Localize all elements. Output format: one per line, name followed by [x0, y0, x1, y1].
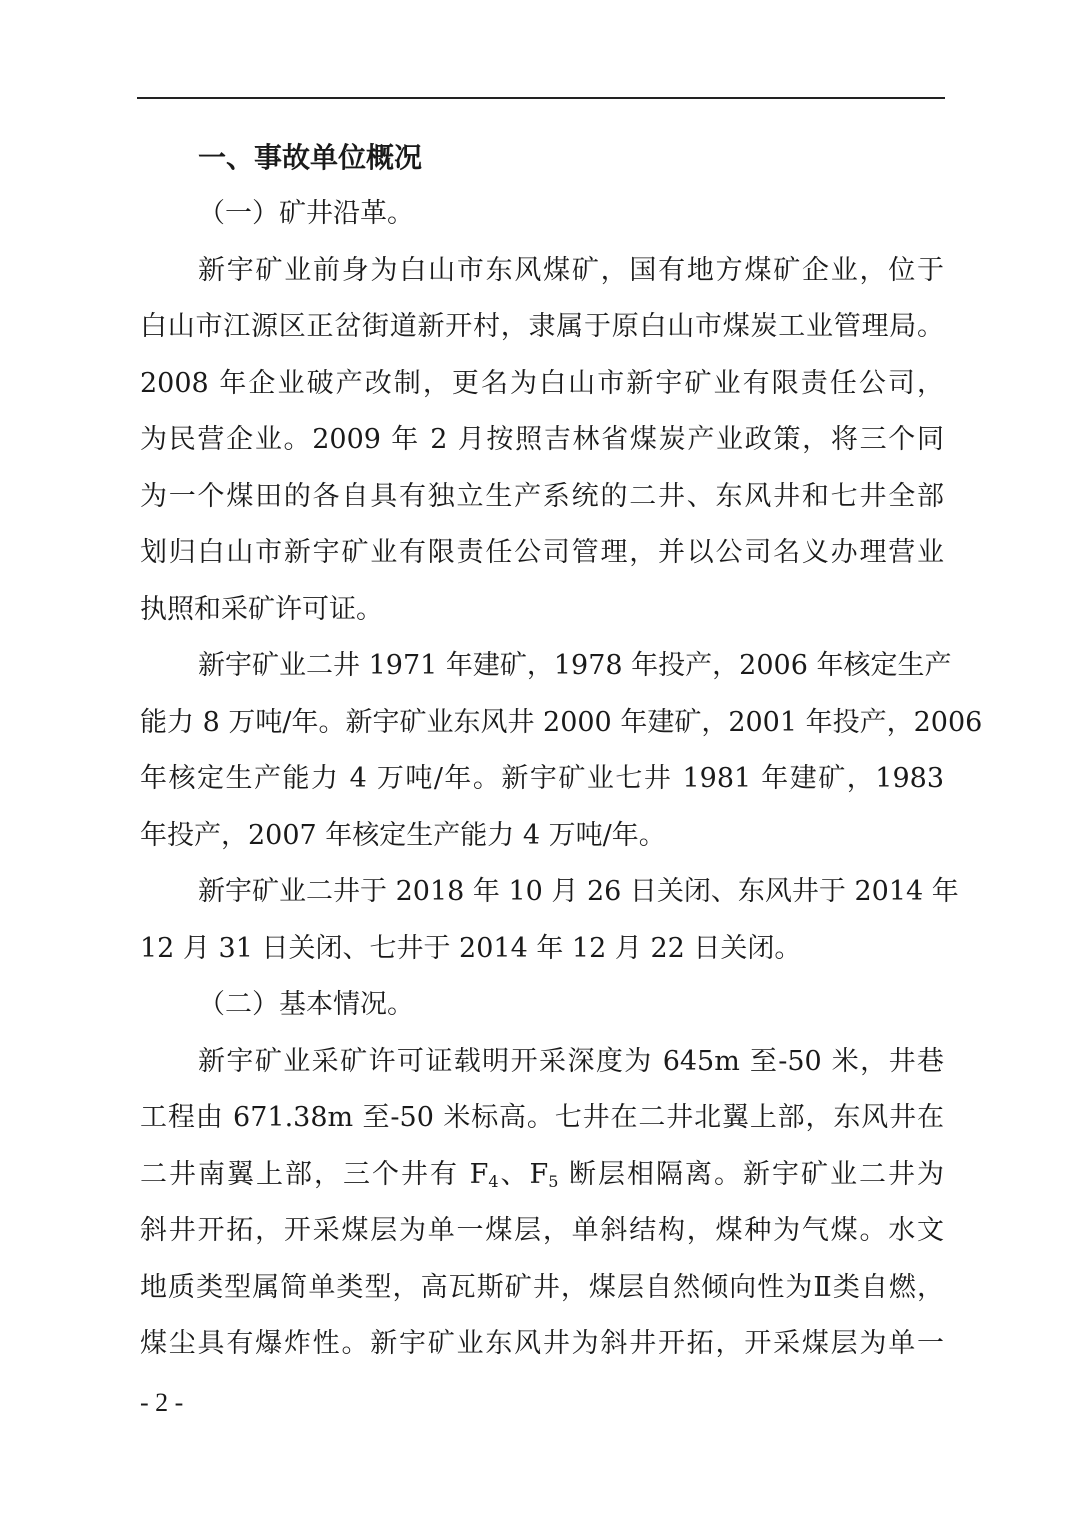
paragraph-line: 为一个煤田的各自具有独立生产系统的二井、东风井和七井全部 — [140, 479, 944, 515]
paragraph-line: 新宇矿业二井 1971 年建矿，1978 年投产，2006 年核定生产 — [198, 648, 944, 684]
paragraph-line: 年核定生产能力 4 万吨/年。新宇矿业七井 1981 年建矿，1983 — [140, 761, 944, 797]
fault-text-suffix: 断层相隔离。新宇矿业二井为 — [558, 1159, 944, 1190]
paragraph-line: 12 月 31 日关闭、七井于 2014 年 12 月 22 日关闭。 — [140, 931, 944, 967]
header-rule — [137, 97, 945, 99]
paragraph-line: 2008 年企业破产改制，更名为白山市新宇矿业有限责任公司， — [140, 366, 944, 402]
fault-text-prefix: 二井南翼上部，三个井有 F — [140, 1159, 488, 1190]
paragraph-line: 执照和采矿许可证。 — [140, 592, 944, 628]
paragraph-line: 为民营企业。2009 年 2 月按照吉林省煤炭产业政策，将三个同 — [140, 422, 944, 458]
paragraph-line: 划归白山市新宇矿业有限责任公司管理，并以公司名义办理营业 — [140, 535, 944, 571]
paragraph-line: 白山市江源区正岔街道新开村，隶属于原白山市煤炭工业管理局。 — [140, 309, 944, 345]
paragraph-line: 工程由 671.38m 至-50 米标高。七井在二井北翼上部，东风井在 — [140, 1100, 944, 1136]
section-heading: 一、事故单位概况 — [198, 140, 422, 176]
paragraph-line: 新宇矿业前身为白山市东风煤矿，国有地方煤矿企业，位于 — [198, 253, 944, 289]
subsection-title-history: （一）矿井沿革。 — [198, 196, 414, 232]
fault-subscript-4: 4 — [488, 1172, 498, 1191]
page-number: - 2 - — [140, 1388, 183, 1418]
paragraph-line: 煤尘具有爆炸性。新宇矿业东风井为斜井开拓，开采煤层为单一 — [140, 1326, 944, 1362]
paragraph-line: 新宇矿业二井于 2018 年 10 月 26 日关闭、东风井于 2014 年 — [198, 874, 944, 910]
subsection-title-basic-info: （二）基本情况。 — [198, 987, 414, 1023]
fault-subscript-5: 5 — [548, 1172, 558, 1191]
paragraph-line: 年投产，2007 年核定生产能力 4 万吨/年。 — [140, 818, 944, 854]
fault-text-mid: 、F — [499, 1159, 549, 1190]
paragraph-line-fault: 二井南翼上部，三个井有 F4、F5 断层相隔离。新宇矿业二井为 — [140, 1157, 944, 1200]
paragraph-line: 斜井开拓，开采煤层为单一煤层，单斜结构，煤种为气煤。水文 — [140, 1213, 944, 1249]
paragraph-line: 地质类型属简单类型，高瓦斯矿井，煤层自然倾向性为Ⅱ类自燃， — [140, 1270, 944, 1306]
paragraph-line: 新宇矿业采矿许可证载明开采深度为 645m 至-50 米，井巷 — [198, 1044, 944, 1080]
paragraph-line: 能力 8 万吨/年。新宇矿业东风井 2000 年建矿，2001 年投产，2006 — [140, 705, 944, 741]
